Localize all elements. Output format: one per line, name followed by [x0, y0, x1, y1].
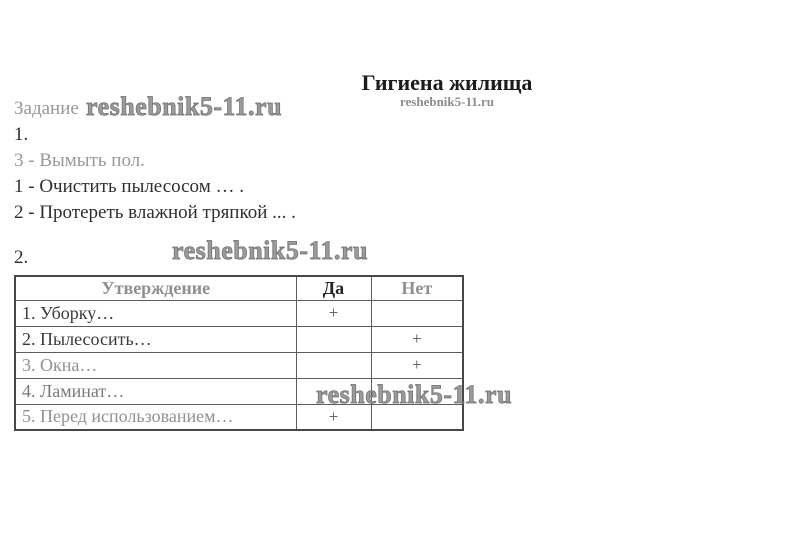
part1-label: 1. — [14, 124, 28, 146]
answer-line-1: 3 - Вымыть пол. — [14, 150, 145, 172]
statement-cell: 4. Ламинат… — [15, 378, 296, 404]
no-cell — [371, 300, 463, 326]
no-cell: + — [371, 326, 463, 352]
watermark-over-table: reshebnik5-11.ru — [316, 381, 512, 409]
no-cell: + — [371, 352, 463, 378]
task-heading: Задание — [14, 98, 79, 120]
watermark-under-title: reshebnik5-11.ru — [350, 94, 544, 110]
document-page: Гигиена жилища reshebnik5-11.ru Задание … — [0, 0, 804, 560]
statement-cell: 5. Перед использованием… — [15, 404, 296, 430]
statement-cell: 2. Пылесосить… — [15, 326, 296, 352]
column-header-no: Нет — [371, 276, 463, 300]
column-header-statement: Утверждение — [15, 276, 296, 300]
table-row: 1. Уборку… + — [15, 300, 463, 326]
statement-cell: 3. Окна… — [15, 352, 296, 378]
yes-cell: + — [296, 300, 371, 326]
column-header-yes: Да — [296, 276, 371, 300]
part2-label: 2. — [14, 247, 28, 269]
page-title: Гигиена жилища — [350, 70, 544, 96]
table-row: 3. Окна… + — [15, 352, 463, 378]
yes-cell — [296, 326, 371, 352]
answer-line-3: 2 - Протереть влажной тряпкой ... . — [14, 202, 296, 224]
watermark-mid: reshebnik5-11.ru — [172, 237, 368, 265]
answer-line-2: 1 - Очистить пылесосом … . — [14, 176, 244, 198]
table-row: 2. Пылесосить… + — [15, 326, 463, 352]
watermark-over-heading: reshebnik5-11.ru — [86, 93, 282, 121]
yes-cell — [296, 352, 371, 378]
table-header-row: Утверждение Да Нет — [15, 276, 463, 300]
statement-cell: 1. Уборку… — [15, 300, 296, 326]
